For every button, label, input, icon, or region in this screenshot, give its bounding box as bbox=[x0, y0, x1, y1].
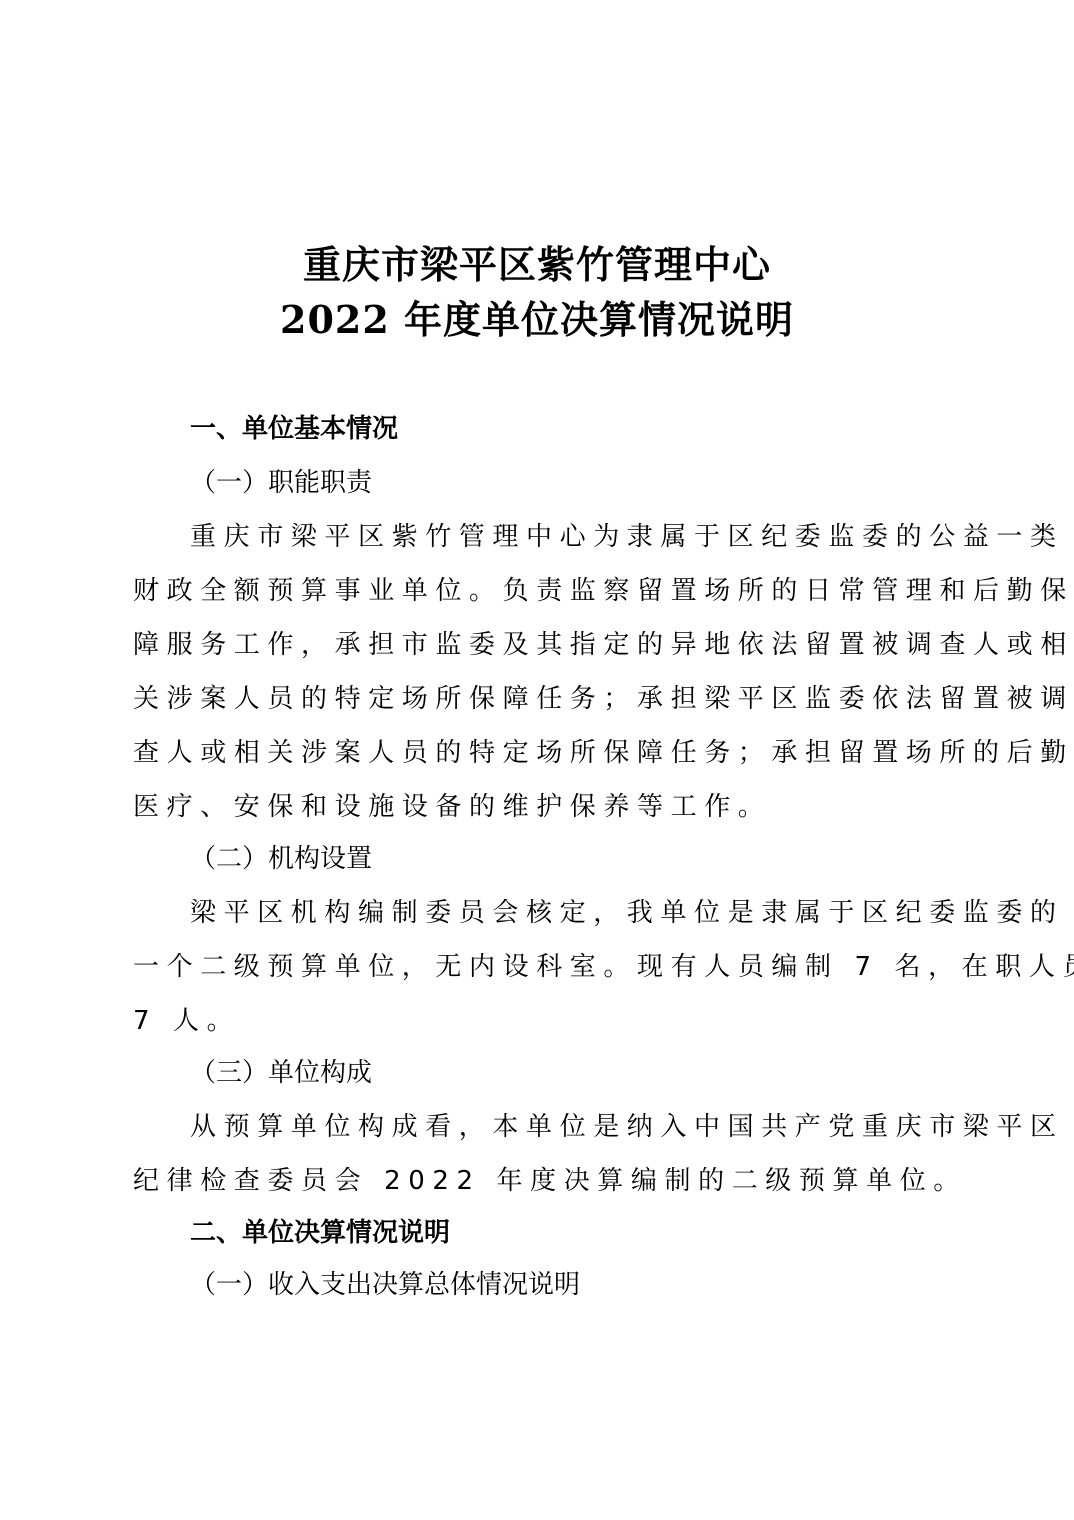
paragraph-line: 从预算单位构成看，本单位是纳入中国共产党重庆市梁平区 bbox=[190, 1110, 945, 1144]
paragraph-line: 障服务工作，承担市监委及其指定的异地依法留置被调查人或相 bbox=[133, 628, 945, 662]
subsection-heading-income-expenditure: （一）收入支出决算总体情况说明 bbox=[190, 1268, 1002, 1302]
subsection-heading-functions: （一）职能职责 bbox=[190, 466, 1002, 500]
paragraph-line: 关涉案人员的特定场所保障任务；承担梁平区监委依法留置被调 bbox=[133, 682, 945, 716]
paragraph-line: 查人或相关涉案人员的特定场所保障任务；承担留置场所的后勤、 bbox=[133, 736, 945, 770]
paragraph-line: 财政全额预算事业单位。负责监察留置场所的日常管理和后勤保 bbox=[133, 574, 945, 608]
paragraph-line: 重庆市梁平区紫竹管理中心为隶属于区纪委监委的公益一类 bbox=[190, 520, 945, 554]
subsection-heading-composition: （三）单位构成 bbox=[190, 1056, 1002, 1090]
section-heading-basic-info: 一、单位基本情况 bbox=[190, 412, 1002, 446]
document-title-line-2: 2022 年度单位决算情况说明 bbox=[0, 298, 1074, 342]
paragraph-line: 7 人。 bbox=[133, 1004, 945, 1038]
paragraph-line: 梁平区机构编制委员会核定，我单位是隶属于区纪委监委的 bbox=[190, 896, 945, 930]
document-page: 重庆市梁平区紫竹管理中心 2022 年度单位决算情况说明 一、单位基本情况 （一… bbox=[0, 0, 1074, 1520]
document-title-line-1: 重庆市梁平区紫竹管理中心 bbox=[0, 243, 1074, 287]
section-heading-final-accounts: 二、单位决算情况说明 bbox=[190, 1216, 1002, 1250]
paragraph-line: 一个二级预算单位，无内设科室。现有人员编制 7 名，在职人员 bbox=[133, 950, 945, 984]
subsection-heading-organization: （二）机构设置 bbox=[190, 842, 1002, 876]
paragraph-line: 医疗、安保和设施设备的维护保养等工作。 bbox=[133, 790, 945, 824]
paragraph-line: 纪律检查委员会 2022 年度决算编制的二级预算单位。 bbox=[133, 1164, 945, 1198]
